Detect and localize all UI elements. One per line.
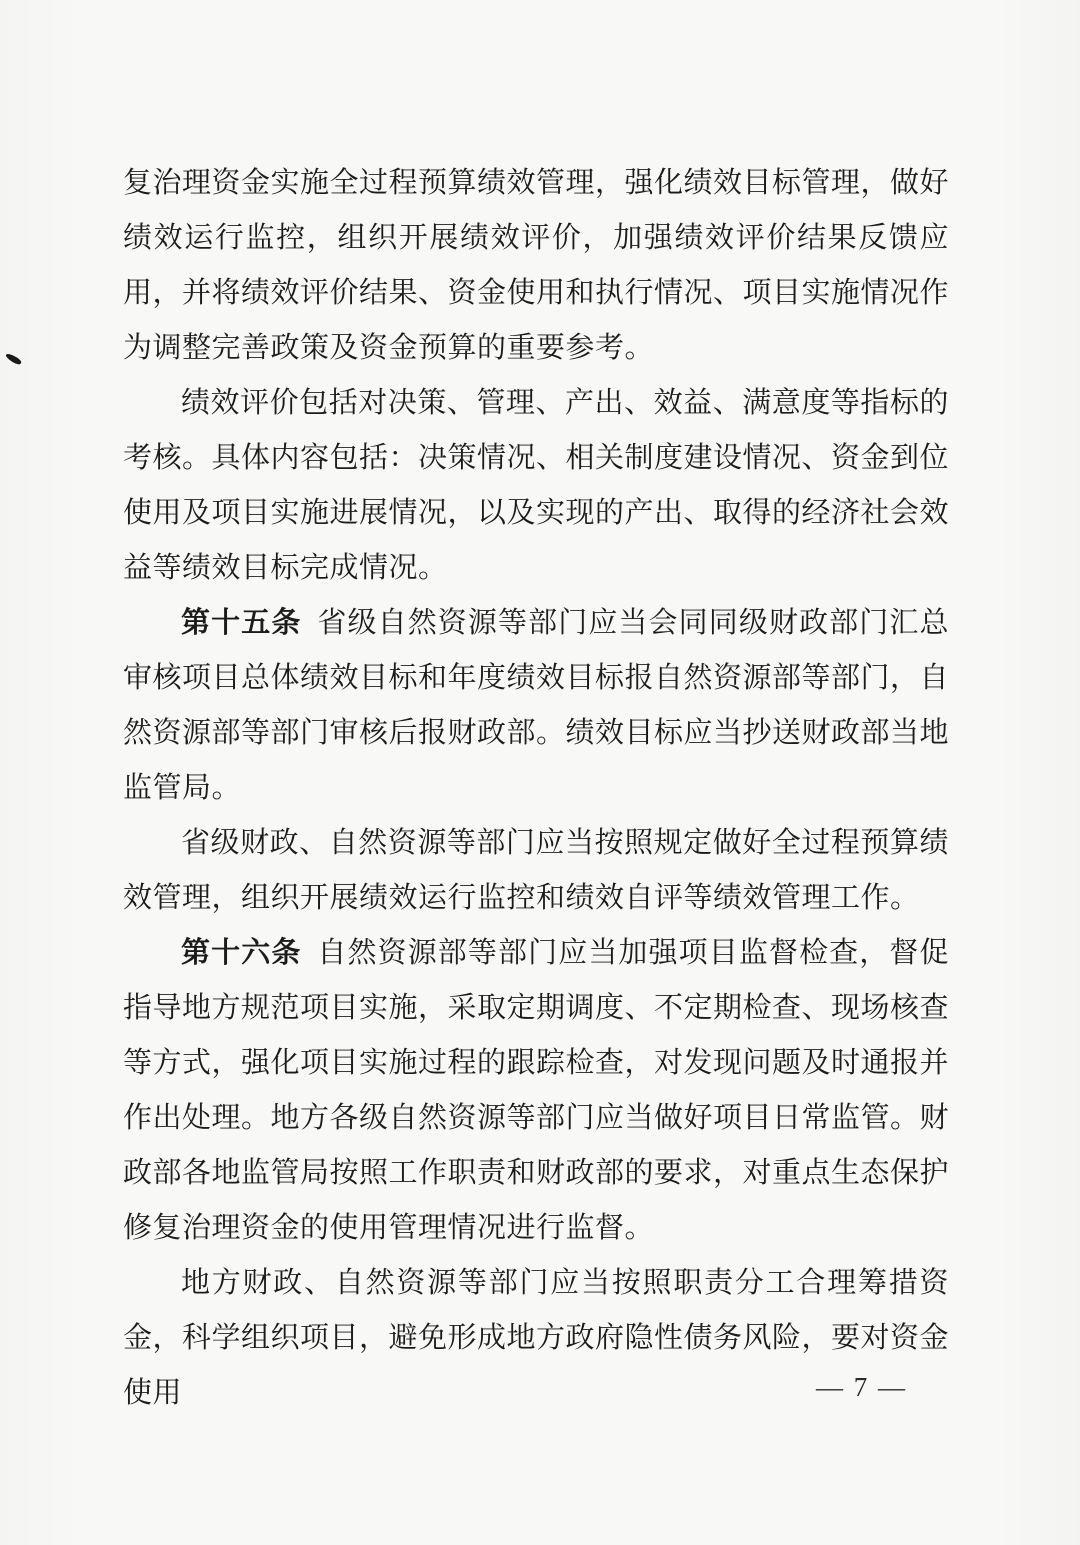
paragraph-performance-evaluation-scope: 绩效评价包括对决策、管理、产出、效益、满意度等指标的考核。具体内容包括：决策情况… [123, 376, 949, 596]
article-16-heading: 第十六条 [181, 937, 301, 969]
paragraph-provincial-finance-duties: 省级财政、自然资源等部门应当按照规定做好全过程预算绩效管理，组织开展绩效运行监控… [123, 816, 949, 926]
page-number: — 7 — [816, 1372, 907, 1403]
paragraph-article-16: 第十六条自然资源部等部门应当加强项目监督检查，督促指导地方规范项目实施，采取定期… [123, 926, 949, 1256]
article-16-body: 自然资源部等部门应当加强项目监督检查，督促指导地方规范项目实施，采取定期调度、不… [123, 937, 949, 1244]
ink-mark [5, 352, 23, 366]
article-15-heading: 第十五条 [181, 607, 301, 639]
paragraph-article-15: 第十五条省级自然资源等部门应当会同同级财政部门汇总审核项目总体绩效目标和年度绩效… [123, 596, 949, 816]
document-page-text: 复治理资金实施全过程预算绩效管理，强化绩效目标管理，做好绩效运行监控，组织开展绩… [123, 156, 949, 1421]
paragraph-performance-budget-management: 复治理资金实施全过程预算绩效管理，强化绩效目标管理，做好绩效运行监控，组织开展绩… [123, 156, 949, 376]
